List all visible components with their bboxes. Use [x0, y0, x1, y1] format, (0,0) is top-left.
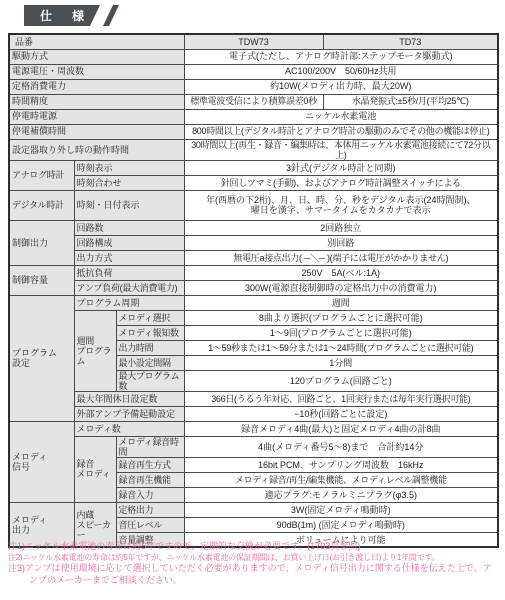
table-row: 回路構成別回路 [9, 235, 498, 250]
spec-value: 120プログラム(回路ごと) [184, 370, 498, 391]
spec-value: 4曲(メロディ番号5〜8)まで 合計約14分 [184, 436, 498, 457]
table-row: 電源電圧・周波数AC100/200V 50/60Hz共用 [9, 64, 498, 79]
table-row: 制御容量抵抗負荷250V 5A(ベル:1A) [9, 265, 498, 280]
table-row: 録音 メロディメロディ録音時間4曲(メロディ番号5〜8)まで 合計約14分 [9, 436, 498, 457]
spec-value: AC100/200V 50/60Hz共用 [184, 64, 498, 79]
spec-value: 録音メロディ4曲(最大)と固定メロディ4曲の計8曲 [184, 421, 498, 436]
spec-label: 駆動方式 [9, 49, 184, 64]
spec-label: 制御出力 [9, 220, 74, 265]
spec-label: 録音 メロディ [74, 436, 116, 502]
spec-table-body: 品番TDW73TD73駆動方式電子式(ただし、アナログ時計部:ステップモータ駆動… [9, 34, 498, 547]
spec-table: 品番TDW73TD73駆動方式電子式(ただし、アナログ時計部:ステップモータ駆動… [8, 33, 499, 548]
spec-label: メロディ 信号 [9, 421, 74, 502]
spec-value: 無電圧a接点出力( ─＼─ )(端子には電圧がかかりません) [184, 250, 498, 265]
spec-label: 品番 [9, 34, 184, 49]
spec-label: 回路構成 [74, 235, 184, 250]
spec-label: メロディ報知数 [116, 325, 184, 340]
table-row: 設定器取り外し時の動作時間30時間以上(再生・録音・編集時は、本体用ニッケル水素… [9, 139, 498, 160]
spec-value: 3針式(デジタル時計と同期) [184, 160, 498, 175]
spec-value: 16bit PCM、サンプリング周波数 16kHz [184, 457, 498, 472]
table-row: 時間精度標準電波受信により積算誤差0秒水晶発振式:±5秒/月(平均25℃) [9, 94, 498, 109]
table-row: 最大年間休日設定数366日(うるう年対応、回路ごと、1回実行または毎年実行選択可… [9, 391, 498, 406]
spec-label: 録音再生機能 [116, 472, 184, 487]
spec-label: 最小設定間隔 [116, 355, 184, 370]
spec-label: メロディ録音時間 [116, 436, 184, 457]
section-banner: 仕 様 [24, 5, 119, 26]
table-row: アンプ負荷(最大消費電力)300W(電源直接制御時の定格出力中の消費電力) [9, 280, 498, 295]
table-row: 制御出力回路数2回路独立 [9, 220, 498, 235]
table-row: デジタル時計時刻・日付表示年(西暦の下2桁)、月、日、時、分、秒をデジタル表示(… [9, 190, 498, 220]
footnote-2: 注2)ニッケル水素電池の寿命は約5年ですが、ニッケル水素電池の保証期間は、お買い… [8, 553, 500, 563]
spec-label: 録音再生方式 [116, 457, 184, 472]
spec-label: アンプ負荷(最大消費電力) [74, 280, 184, 295]
table-row: アナログ時計時刻表示3針式(デジタル時計と同期) [9, 160, 498, 175]
spec-value: 適応プラグ:モノラルミニプラグ(φ3.5) [184, 487, 498, 502]
footnote-3: 注3)アンプは使用環境に応じて選択していただく必要がありますので、メロディ信号出… [8, 563, 500, 586]
spec-label: 時刻合わせ [74, 175, 184, 190]
spec-value: 90dB(1m) (固定メロディ鳴動時) [184, 517, 498, 532]
spec-label: 設定器取り外し時の動作時間 [9, 139, 184, 160]
spec-value: 250V 5A(ベル:1A) [184, 265, 498, 280]
spec-label: TD73 [323, 34, 498, 49]
table-row: 駆動方式電子式(ただし、アナログ時計部:ステップモータ駆動式) [9, 49, 498, 64]
spec-value: 2回路独立 [184, 220, 498, 235]
spec-label: 音圧レベル [116, 517, 184, 532]
table-row: メロディ 出力内蔵 スピーカー定格出力3W(固定メロディ鳴動時) [9, 502, 498, 517]
spec-label: 停電補償時間 [9, 124, 184, 139]
spec-value: 366日(うるう年対応、回路ごと、1回実行または毎年実行選択可能) [184, 391, 498, 406]
spec-label: 時刻・日付表示 [74, 190, 184, 220]
spec-value: 針回しツマミ(手動)、およびアナログ時計調整スイッチによる [184, 175, 498, 190]
spec-value: ニッケル水素電池 [184, 109, 498, 124]
footnotes: 注1)ニッケル水素電池の寿命は約5年ですので、定期的な交換が必要です。(1703… [8, 541, 500, 586]
spec-value: 1分間 [184, 355, 498, 370]
spec-label: 最大年間休日設定数 [74, 391, 184, 406]
table-row: 定格消費電力約10W(メロディ出力時、最大20W) [9, 79, 498, 94]
spec-label: アナログ時計 [9, 160, 74, 190]
spec-value: 水晶発振式:±5秒/月(平均25℃) [323, 94, 498, 109]
spec-value: 週間 [184, 295, 498, 310]
table-row: 週間 プログラムメロディ選択8曲より選択(プログラムごとに選択可能) [9, 310, 498, 325]
spec-value: 3W(固定メロディ鳴動時) [184, 502, 498, 517]
spec-value: 電子式(ただし、アナログ時計部:ステップモータ駆動式) [184, 49, 498, 64]
spec-value: 8曲より選択(プログラムごとに選択可能) [184, 310, 498, 325]
spec-label: 時間精度 [9, 94, 184, 109]
footnote-1: 注1)ニッケル水素電池の寿命は約5年ですので、定期的な交換が必要です。(1703… [8, 541, 500, 553]
spec-label: プログラム 設定 [9, 295, 74, 421]
spec-label: 出力方式 [74, 250, 184, 265]
spec-label: 外部アンプ予備起動設定 [74, 406, 184, 421]
spec-label: 回路数 [74, 220, 184, 235]
table-row: 時刻合わせ針回しツマミ(手動)、およびアナログ時計調整スイッチによる [9, 175, 498, 190]
table-row: 停電補償時間800時間以上(デジタル時計とアナログ時計の駆動のみでその他の機能は… [9, 124, 498, 139]
spec-label: 電源電圧・周波数 [9, 64, 184, 79]
spec-label: 抵抗負荷 [74, 265, 184, 280]
banner-slash-decoration [103, 5, 119, 26]
spec-label: 出力時間 [116, 340, 184, 355]
spec-value: 約10W(メロディ出力時、最大20W) [184, 79, 498, 94]
table-row: 品番TDW73TD73 [9, 34, 498, 49]
page-title: 仕 様 [36, 10, 88, 22]
spec-label: 録音入力 [116, 487, 184, 502]
table-row: 出力方式無電圧a接点出力( ─＼─ )(端子には電圧がかかりません) [9, 250, 498, 265]
spec-label: メロディ数 [74, 421, 184, 436]
spec-label: 制御容量 [9, 265, 74, 295]
spec-label: 定格消費電力 [9, 79, 184, 94]
table-row: メロディ 信号メロディ数録音メロディ4曲(最大)と固定メロディ4曲の計8曲 [9, 421, 498, 436]
spec-value: メロディ録音/再生/編集機能、メロディレベル調整機能 [184, 472, 498, 487]
spec-value: 別回路 [184, 235, 498, 250]
spec-label: デジタル時計 [9, 190, 74, 220]
spec-value: 800時間以上(デジタル時計とアナログ時計の駆動のみでその他の機能は停止) [184, 124, 498, 139]
spec-value: 年(西暦の下2桁)、月、日、時、分、秒をデジタル表示(24時間制)、 曜日を漢字… [184, 190, 498, 220]
spec-value: 1〜9回(プログラムごとに選択可能) [184, 325, 498, 340]
table-row: プログラム 設定プログラム周期週間 [9, 295, 498, 310]
spec-label: 時刻表示 [74, 160, 184, 175]
spec-value: 1〜59秒または1〜59分または1〜24時間(プログラムごとに選択可能) [184, 340, 498, 355]
spec-label: 週間 プログラム [74, 310, 116, 391]
spec-label: 最大プログラム数 [116, 370, 184, 391]
spec-label: 定格出力 [116, 502, 184, 517]
table-row: 外部アンプ予備起動設定−10秒(回路ごとに設定) [9, 406, 498, 421]
spec-label: プログラム周期 [74, 295, 184, 310]
spec-value: −10秒(回路ごとに設定) [184, 406, 498, 421]
spec-label: TDW73 [184, 34, 323, 49]
spec-value: 300W(電源直接制御時の定格出力中の消費電力) [184, 280, 498, 295]
table-row: 停電時電源ニッケル水素電池 [9, 109, 498, 124]
spec-value: 標準電波受信により積算誤差0秒 [184, 94, 323, 109]
spec-value: 30時間以上(再生・録音・編集時は、本体用ニッケル水素電池接続にて72分以上) [184, 139, 498, 160]
spec-label: 停電時電源 [9, 109, 184, 124]
section-banner-box: 仕 様 [24, 5, 100, 26]
spec-label: メロディ選択 [116, 310, 184, 325]
